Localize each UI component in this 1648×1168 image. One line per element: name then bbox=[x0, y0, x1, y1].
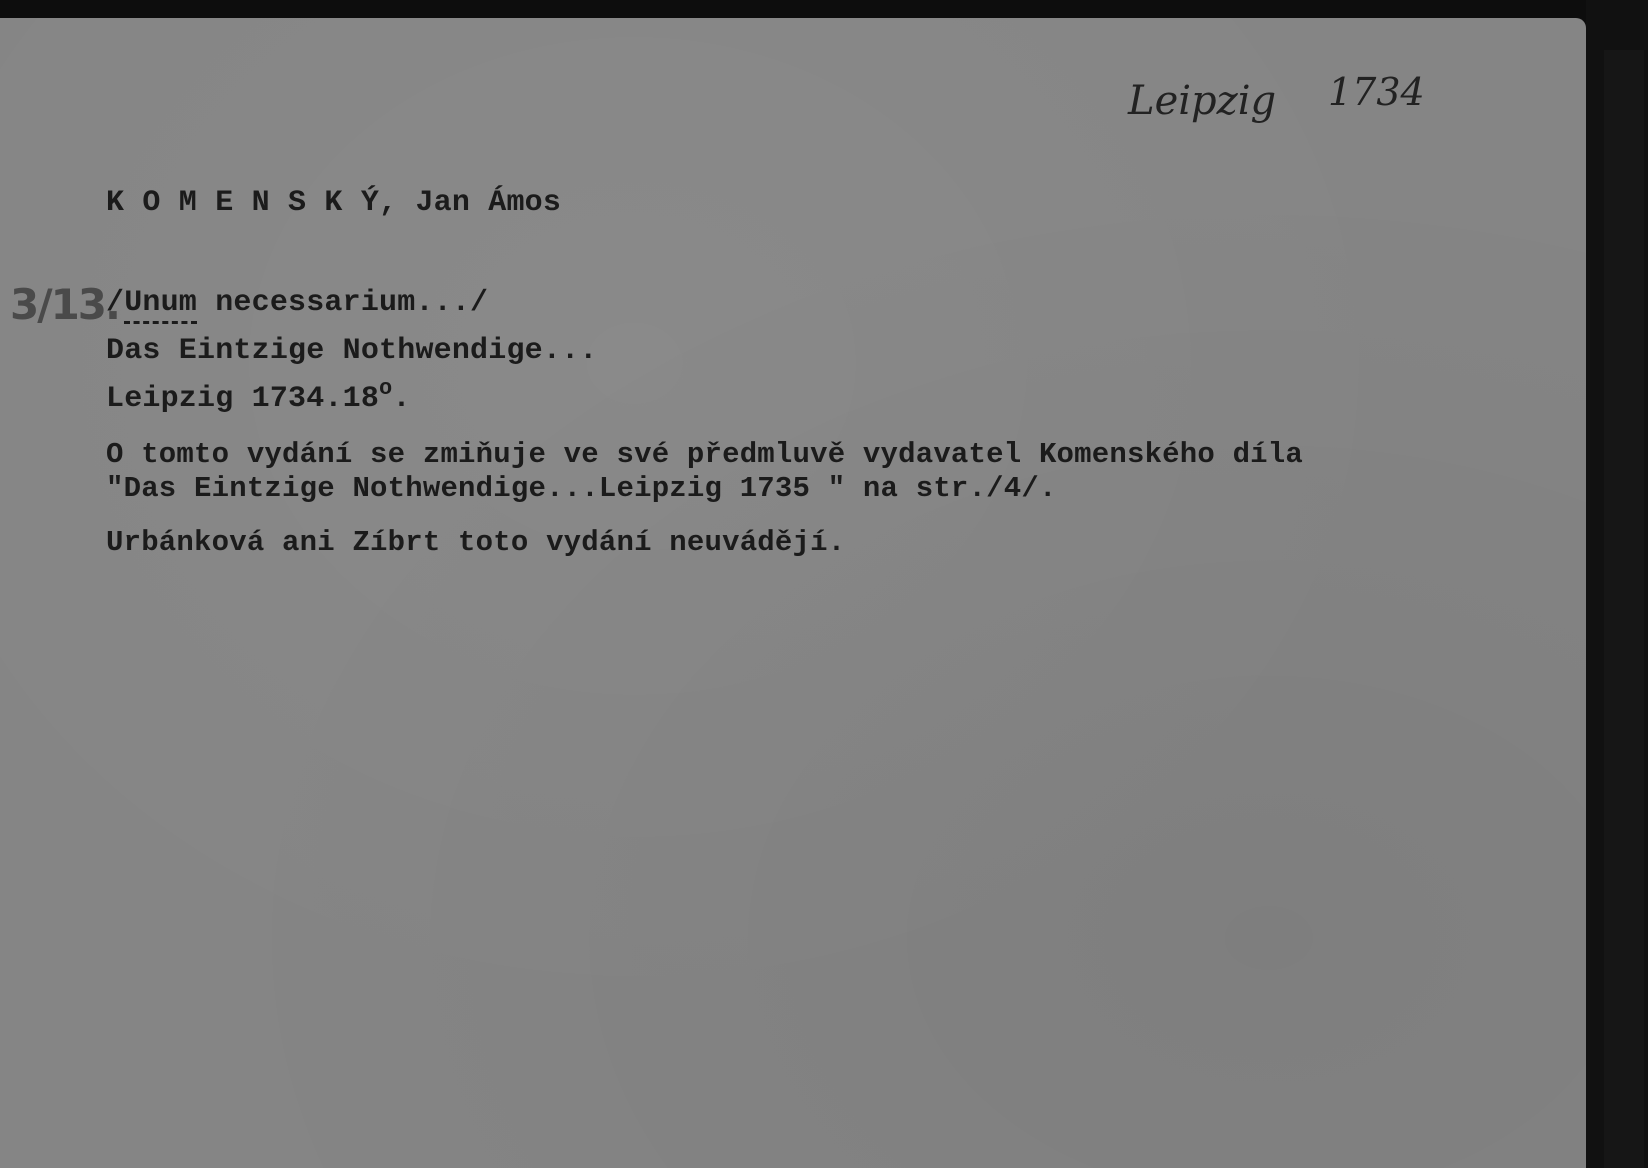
imprint-format-sup: o bbox=[379, 376, 392, 401]
note-line-3: Urbánková ani Zíbrt toto vydání neuváděj… bbox=[106, 526, 845, 559]
shelf-number-stamp: 3/13. bbox=[10, 280, 119, 329]
imprint: Leipzig 1734.18o. bbox=[106, 382, 411, 416]
note-line-1: O tomto vydání se zmiňuje ve své předmlu… bbox=[106, 438, 1303, 471]
note-line-2: "Das Eintzige Nothwendige...Leipzig 1735… bbox=[106, 472, 1057, 505]
title-rest: necessarium.../ bbox=[197, 286, 488, 320]
title-prefix: / bbox=[106, 286, 124, 320]
author-heading: K O M E N S K Ý, Jan Ámos bbox=[106, 186, 561, 220]
title-underlined-word: Unum bbox=[124, 286, 197, 324]
catalog-card: Leipzig 1734 K O M E N S K Ý, Jan Ámos 3… bbox=[0, 18, 1586, 1168]
handwritten-year: 1734 bbox=[1328, 70, 1425, 114]
imprint-end: . bbox=[392, 382, 410, 416]
original-title: /Unum necessarium.../ bbox=[106, 286, 488, 320]
scan-border-inner bbox=[1604, 50, 1644, 1168]
scan-border-right bbox=[1586, 0, 1648, 1168]
imprint-text: Leipzig 1734.18 bbox=[106, 382, 379, 416]
german-title: Das Eintzige Nothwendige... bbox=[106, 334, 597, 368]
scan-frame: Leipzig 1734 K O M E N S K Ý, Jan Ámos 3… bbox=[0, 0, 1648, 1168]
handwritten-place: Leipzig bbox=[1128, 78, 1276, 124]
